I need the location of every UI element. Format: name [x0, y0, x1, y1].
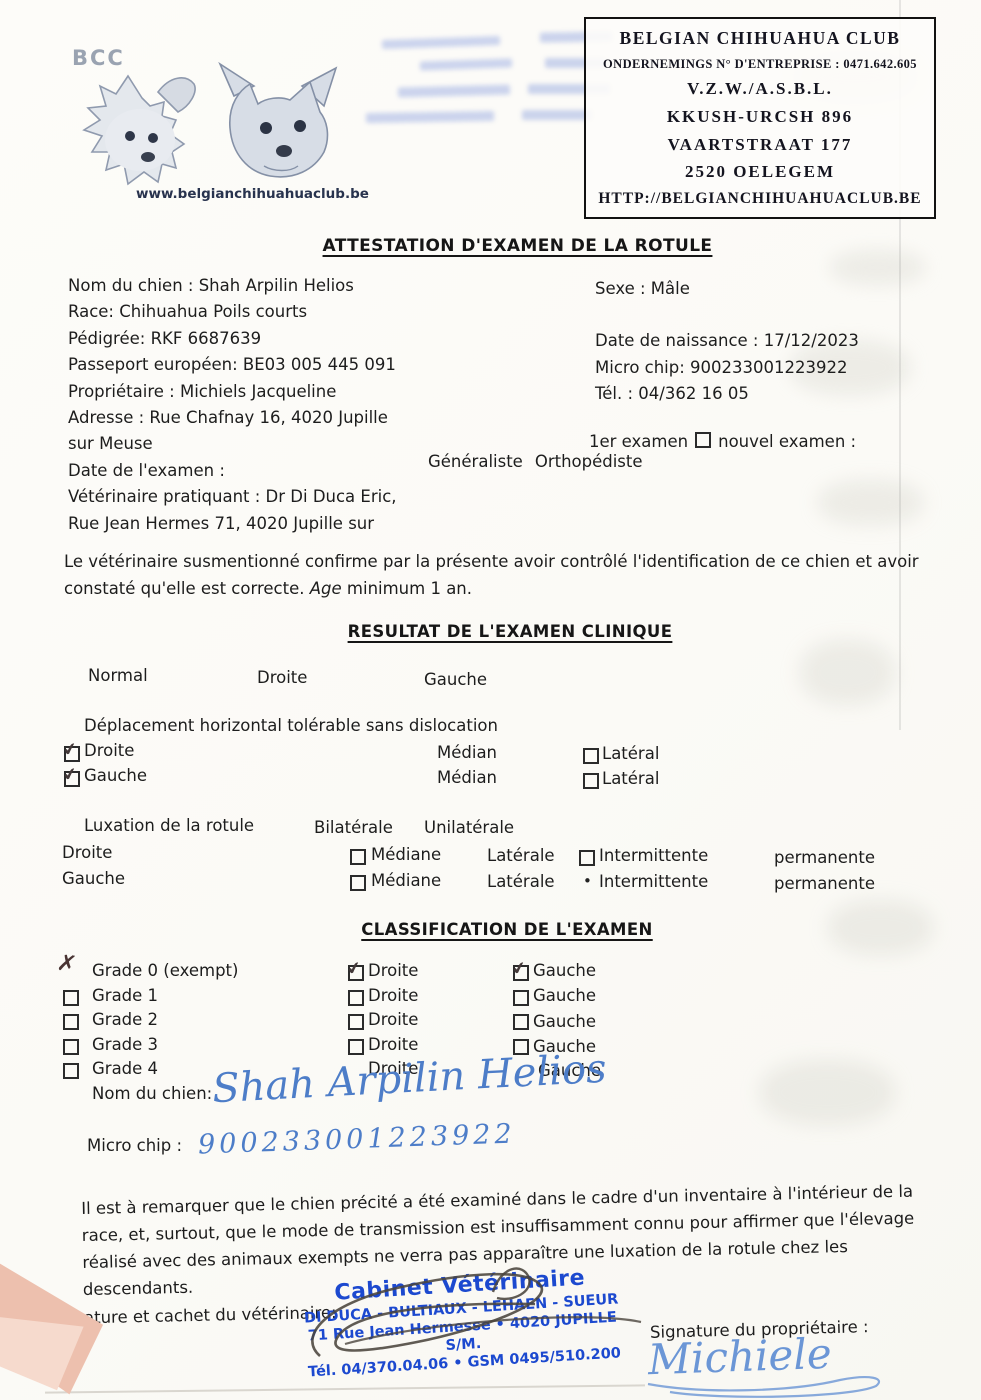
luxation-gauche-permanente: permanente: [774, 874, 875, 893]
luxation-gauche-label: Gauche: [62, 869, 125, 888]
birth-date-line: Date de naissance : 17/12/2023: [595, 331, 859, 350]
unilaterale-label: Unilatérale: [424, 818, 514, 837]
luxation-gauche-laterale: Latérale: [487, 872, 555, 891]
veterinarian-line-1: Vétérinaire pratiquant : Dr Di Duca Eric…: [68, 487, 397, 513]
deplacement-droite-lateral: Latéral: [602, 744, 659, 763]
dog-breed-line: Race: Chihuahua Poils courts: [68, 302, 397, 328]
checkbox-grade3-droite: [348, 1039, 364, 1055]
normal-label: Normal: [88, 666, 148, 685]
orthopedist-label: Orthopédiste: [535, 452, 643, 471]
luxation-droite-mediane: Médiane: [371, 845, 441, 864]
checkbox-grade2-gauche: [513, 1014, 529, 1030]
club-address-box: BELGIAN CHIHUAHUA CLUB ONDERNEMINGS N° D…: [584, 17, 936, 219]
checkbox-grade1-gauche: [513, 990, 529, 1006]
confirmation-text: Le vétérinaire susmentionné confirme par…: [64, 552, 919, 598]
luxation-label: Luxation de la rotule: [84, 816, 254, 835]
exam-type-line: 1er examennouvel examen :: [589, 432, 856, 451]
handwritten-chip-label: Micro chip :: [87, 1136, 182, 1155]
veterinarian-line-2: Rue Jean Hermes 71, 4020 Jupille sur: [68, 514, 397, 540]
bullet-marker: •: [583, 872, 592, 890]
scan-artifact: [818, 480, 923, 525]
address-line-1: Adresse : Rue Chafnay 16, 4020 Jupille: [68, 408, 397, 434]
grade-2-droite: Droite: [368, 1010, 418, 1029]
club-enterprise-number: ONDERNEMINGS N° D'ENTREPRISE : 0471.642.…: [592, 57, 928, 72]
luxation-gauche-intermittente: Intermittente: [599, 872, 708, 891]
handwritten-name-label: Nom du chien:: [92, 1084, 212, 1103]
gauche-column-label: Gauche: [424, 670, 487, 689]
bilaterale-label: Bilatérale: [314, 818, 393, 837]
club-website: HTTP://BELGIANCHIHUAHUACLUB.BE: [592, 190, 928, 208]
luxation-gauche-mediane: Médiane: [371, 871, 441, 890]
handwritten-microchip: 900233001223922: [198, 1118, 517, 1160]
droite-column-label: Droite: [257, 668, 307, 687]
checkbox-deplacement-gauche: [64, 771, 80, 787]
owner-line: Propriétaire : Michiels Jacqueline: [68, 382, 397, 408]
faint-stamp-mark: [398, 85, 510, 98]
scanned-document: BCC www.belgianchihuahuaclub.be BELGIAN …: [0, 0, 981, 1400]
luxation-droite-label: Droite: [62, 843, 112, 862]
first-exam-label: 1er examen: [589, 432, 688, 451]
checkbox-grade2-droite: [348, 1014, 364, 1030]
dog-passport-line: Passeport européen: BE03 005 445 091: [68, 355, 397, 381]
faint-stamp-mark: [366, 111, 494, 123]
phone-line: Tél. : 04/362 16 05: [595, 384, 749, 403]
checkbox-luxation-gauche-mediane: [350, 875, 366, 891]
microchip-line: Micro chip: 900233001223922: [595, 358, 848, 377]
confirmation-age-word: Age: [310, 579, 342, 598]
pen-check-icon-grade0: ✗: [55, 952, 78, 978]
club-street: VAARTSTRAAT 177: [592, 135, 928, 155]
vet-pen-signature: [285, 1258, 665, 1388]
grade-3-label: Grade 3: [92, 1035, 158, 1054]
exam-date-line: Date de l'examen :: [68, 461, 397, 487]
new-exam-label: nouvel examen :: [718, 432, 856, 451]
deplacement-droite-median: Médian: [437, 743, 497, 762]
club-city: 2520 OELEGEM: [592, 162, 928, 182]
grade-2-gauche: Gauche: [533, 1012, 596, 1031]
checkbox-grade4: [63, 1063, 79, 1079]
club-legal-form: V.Z.W./A.S.B.L.: [592, 79, 928, 99]
scan-artifact: [800, 640, 895, 705]
checkbox-deplacement-gauche-lateral: [583, 773, 599, 789]
checkbox-luxation-droite-mediane: [350, 849, 366, 865]
checkbox-deplacement-droite-lateral: [583, 748, 599, 764]
logo-website-caption: www.belgianchihuahuaclub.be: [136, 186, 369, 202]
owner-signature-flourish: [638, 1356, 898, 1400]
grade-0-label: Grade 0 (exempt): [92, 961, 238, 980]
checkbox-deplacement-droite: [64, 746, 80, 762]
dog-info-left-column: Nom du chien : Shah Arpilin Helios Race:…: [68, 276, 397, 540]
deplacement-gauche-label: Gauche: [84, 766, 147, 785]
faint-stamp-mark: [382, 36, 500, 49]
classification-heading: CLASSIFICATION DE L'EXAMEN: [34, 920, 980, 939]
faint-stamp-mark: [522, 110, 592, 120]
clinical-result-heading: RESULTAT DE L'EXAMEN CLINIQUE: [40, 622, 980, 641]
luxation-droite-intermittente: Intermittente: [599, 846, 708, 865]
handwritten-dog-name: Shah Arpilin Helios: [211, 1046, 608, 1113]
grade-2-label: Grade 2: [92, 1010, 158, 1029]
luxation-droite-laterale: Latérale: [487, 846, 555, 865]
luxation-droite-permanente: permanente: [774, 848, 875, 867]
vet-type-line: GénéralisteOrthopédiste: [428, 452, 643, 471]
grade-0-gauche: Gauche: [533, 961, 596, 980]
checkbox-luxation-droite-intermittente: [579, 850, 595, 866]
grade-1-droite: Droite: [368, 986, 418, 1005]
faint-stamp-mark: [420, 58, 512, 70]
dog-sex-line: Sexe : Mâle: [595, 279, 690, 298]
deplacement-droite-label: Droite: [84, 741, 134, 760]
checkbox-nouvel-examen: [695, 432, 711, 448]
checkbox-grade1: [63, 990, 79, 1006]
scan-artifact: [760, 1060, 895, 1125]
confirmation-text-end: minimum 1 an.: [347, 579, 472, 598]
checkbox-grade0-gauche: [513, 965, 529, 981]
deplacement-gauche-median: Médian: [437, 768, 497, 787]
dog-pedigree-line: Pédigrée: RKF 6687639: [68, 329, 397, 355]
generalist-label: Généraliste: [428, 452, 523, 471]
chihuahua-sketch-logo: [58, 58, 348, 196]
dog-name-line: Nom du chien : Shah Arpilin Helios: [68, 276, 397, 302]
grade-4-label: Grade 4: [92, 1059, 158, 1078]
document-title: ATTESTATION D'EXAMEN DE LA ROTULE: [54, 236, 981, 256]
club-name: BELGIAN CHIHUAHUA CLUB: [592, 28, 928, 49]
club-registration: KKUSH-URCSH 896: [592, 107, 928, 127]
grade-3-droite: Droite: [368, 1035, 418, 1054]
deplacement-gauche-lateral: Latéral: [602, 769, 659, 788]
checkbox-grade3: [63, 1039, 79, 1055]
grade-1-gauche: Gauche: [533, 986, 596, 1005]
displacement-label: Déplacement horizontal tolérable sans di…: [84, 716, 498, 735]
checkbox-grade2: [63, 1014, 79, 1030]
checkbox-grade1-droite: [348, 990, 364, 1006]
address-line-2: sur Meuse: [68, 434, 397, 460]
checkbox-grade0-droite: [348, 965, 364, 981]
grade-0-droite: Droite: [368, 961, 418, 980]
grade-1-label: Grade 1: [92, 986, 158, 1005]
identification-confirmation-paragraph: Le vétérinaire susmentionné confirme par…: [64, 548, 938, 602]
